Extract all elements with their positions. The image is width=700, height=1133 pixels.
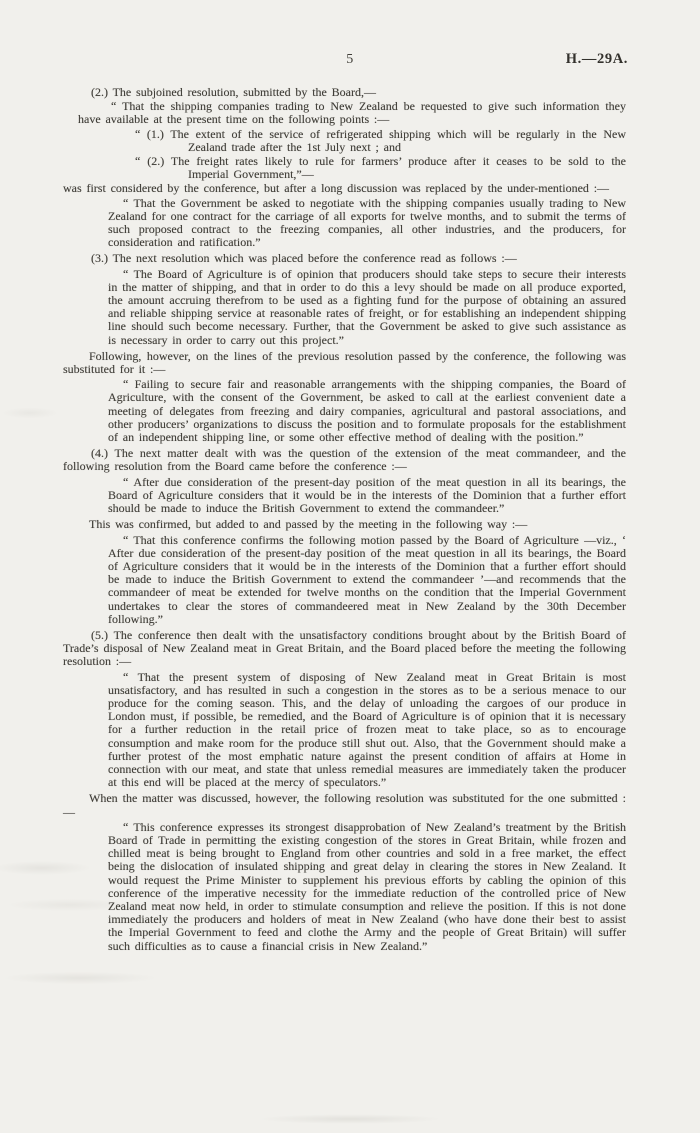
paragraph: (4.) The next matter dealt with was the … [63,447,626,473]
paragraph: Following, however, on the lines of the … [63,350,626,376]
paragraph: (3.) The next resolution which was place… [63,252,626,265]
paragraph: “ (2.) The freight rates likely to rule … [188,155,626,181]
paragraph: was first considered by the conference, … [63,182,626,195]
document-body: (2.) The subjoined resolution, submitted… [63,86,626,955]
paragraph: (5.) The conference then dealt with the … [63,629,626,669]
paragraph: “ That the shipping companies trading to… [78,100,626,126]
paragraph: “ That the present system of disposing o… [108,671,626,790]
document-reference: H.—29A. [566,51,628,68]
paragraph: When the matter was discussed, however, … [63,792,626,818]
paragraph: (2.) The subjoined resolution, submitted… [63,86,626,99]
paragraph: “ This conference expresses its stronges… [108,821,626,953]
paragraph: “ Failing to secure fair and reasonable … [108,378,626,444]
scanned-document-page: { "page": { "number": "5", "doc_ref": "H… [0,0,700,1133]
paragraph: “ (1.) The extent of the service of refr… [188,128,626,154]
paragraph: “ After due consideration of the present… [108,476,626,516]
paragraph: This was confirmed, but added to and pas… [63,518,626,531]
paragraph: “ That this conference confirms the foll… [108,534,626,626]
paragraph: “ That the Government be asked to negoti… [108,197,626,250]
paragraph: “ The Board of Agriculture is of opinion… [108,268,626,347]
